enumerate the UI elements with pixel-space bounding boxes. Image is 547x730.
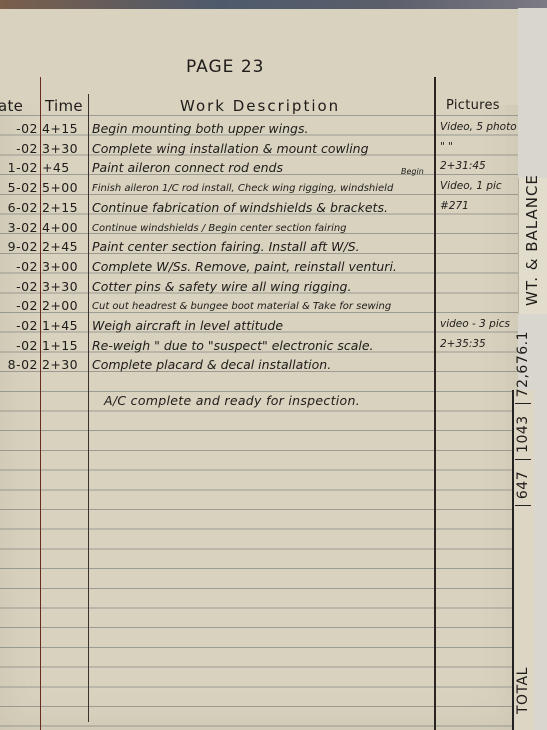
entry-time: 5+00 (42, 180, 78, 195)
total-value-2: 1043 (515, 409, 531, 460)
entry-date: 1-02 (0, 160, 38, 175)
entry-time: 3+30 (42, 279, 78, 294)
entry-date: -02 (0, 279, 38, 294)
weight-balance-card: WT. & BALANCE (518, 178, 547, 314)
entry-description: Finish aileron 1/C rod install, Check wi… (92, 183, 393, 194)
log-entry: -023+00Complete W/Ss. Remove, paint, rei… (0, 259, 518, 278)
page-title: PAGE 23 (186, 57, 264, 77)
entry-description: Continue fabrication of windshields & br… (92, 200, 388, 215)
entry-description: Paint center section fairing. Install af… (92, 239, 360, 254)
entry-time: 3+30 (42, 141, 78, 156)
entry-description: Continue windshields / Begin center sect… (92, 223, 347, 234)
entry-description: Cotter pins & safety wire all wing riggi… (92, 279, 351, 294)
total-value-3: 72,676.1 (515, 325, 531, 404)
entry-date: -02 (0, 141, 38, 156)
entry-date: 6-02 (0, 200, 38, 215)
entry-time: 4+15 (42, 121, 78, 136)
summary-line: A/C complete and ready for inspection. (104, 393, 360, 408)
totals-values: TOTAL 647 1043 72,676.1 (515, 325, 531, 720)
weight-balance-label: WT. & BALANCE (523, 174, 541, 306)
entry-description: Complete W/Ss. Remove, paint, reinstall … (92, 259, 397, 274)
entry-pictures: 2+35:35 (440, 338, 486, 350)
total-value-1: 647 (515, 465, 531, 506)
entry-date: -02 (0, 298, 38, 313)
entry-date: 9-02 (0, 239, 38, 254)
log-entry: 8-022+30Complete placard & decal install… (0, 357, 518, 376)
entry-date: 8-02 (0, 357, 38, 372)
entry-pictures: " " (440, 141, 453, 153)
entry-time: 2+45 (42, 239, 78, 254)
header-pictures: Pictures (446, 98, 500, 113)
begin-note: Begin (401, 167, 424, 176)
log-entry: 3-024+00Continue windshields / Begin cen… (0, 220, 518, 239)
entry-date: -02 (0, 318, 38, 333)
entry-time: 2+00 (42, 298, 78, 313)
log-entry: -021+45Weigh aircraft in level attitudev… (0, 318, 518, 337)
entry-description: Cut out headrest & bungee boot material … (92, 301, 391, 312)
entry-description: Complete wing installation & mount cowli… (92, 141, 369, 156)
entry-date: -02 (0, 338, 38, 353)
entry-time: 3+00 (42, 259, 78, 274)
entry-date: -02 (0, 259, 38, 274)
header-time: Time (45, 97, 83, 115)
logbook-page: PAGE 23 ate Time Work Description Pictur… (0, 9, 518, 730)
entry-time: 1+45 (42, 318, 78, 333)
header-work-description: Work Description (180, 97, 340, 115)
entry-description: Begin mounting both upper wings. (92, 121, 308, 136)
entry-description: Paint aileron connect rod ends (92, 160, 283, 175)
entry-pictures: video - 3 pics (440, 318, 510, 330)
log-entry: -023+30Complete wing installation & moun… (0, 141, 518, 160)
entry-description: Weigh aircraft in level attitude (92, 318, 283, 333)
entry-description: Complete placard & decal installation. (92, 357, 331, 372)
totals-label: TOTAL (515, 661, 531, 720)
log-entry: 1-02+45Paint aileron connect rod ends2+3… (0, 160, 518, 179)
entry-date: -02 (0, 121, 38, 136)
entry-time: 1+15 (42, 338, 78, 353)
log-entry: 6-022+15Continue fabrication of windshie… (0, 200, 518, 219)
entry-pictures: 2+31:45 (440, 160, 486, 172)
entry-date: 5-02 (0, 180, 38, 195)
log-entry: -022+00Cut out headrest & bungee boot ma… (0, 298, 518, 317)
entry-time: 2+30 (42, 357, 78, 372)
entry-date: 3-02 (0, 220, 38, 235)
entry-pictures: Video, 5 photo (440, 121, 517, 133)
entry-pictures: #271 (440, 200, 469, 212)
log-entry: -021+15Re-weigh " due to "suspect" elect… (0, 338, 518, 357)
log-entry: -023+30Cotter pins & safety wire all win… (0, 279, 518, 298)
entry-pictures: Video, 1 pic (440, 180, 502, 192)
log-entry: 5-025+00Finish aileron 1/C rod install, … (0, 180, 518, 199)
header-date: ate (0, 97, 23, 115)
entry-time: +45 (42, 160, 70, 175)
log-entry: 9-022+45Paint center section fairing. In… (0, 239, 518, 258)
entry-description: Re-weigh " due to "suspect" electronic s… (92, 338, 374, 353)
entry-time: 4+00 (42, 220, 78, 235)
log-entry: -024+15Begin mounting both upper wings.V… (0, 121, 518, 140)
totals-strip: TOTAL 647 1043 72,676.1 (512, 390, 534, 730)
entry-time: 2+15 (42, 200, 78, 215)
